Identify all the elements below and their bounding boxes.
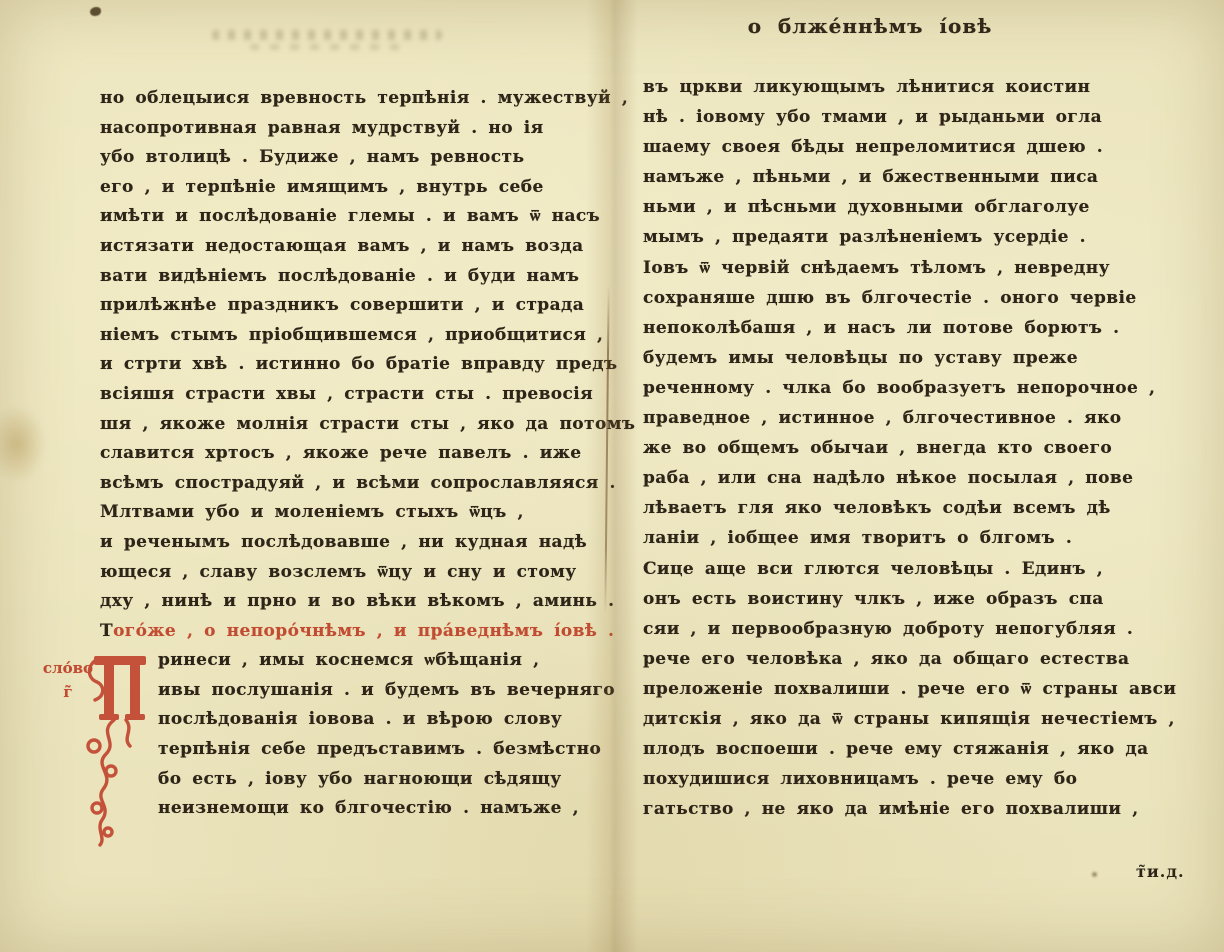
text-line: прилѣжнѣе праздникъ совершити , и страда <box>100 291 605 321</box>
text-line: шаему своея бѣды непреломитися дшею . <box>643 132 1170 162</box>
text-line: будемъ имы человѣцы по уставу преже <box>643 343 1170 373</box>
text-line: и стрти хвѣ . истинно бо братіе вправду … <box>100 350 605 380</box>
text-line: раба , или сна надѣло нѣкое посылая , по… <box>643 463 1170 493</box>
text-line: намъже , пѣньми , и бжественными писа <box>643 162 1170 192</box>
margin-note: сло́во г̃ <box>40 656 96 704</box>
catchword: т̃и.д. <box>1136 862 1185 881</box>
text-line: въ цркви ликующымъ лѣнитися коистин <box>643 72 1170 102</box>
text-line: славится хртосъ , якоже рече павелъ . иж… <box>100 439 605 469</box>
text-line: ніемъ стымъ пріобщившемся , приобщитися … <box>100 321 605 351</box>
text-line: праведное , истинное , блгочестивное . я… <box>643 403 1170 433</box>
text-line: Сице аще вси глются человѣцы . Единъ , <box>643 554 1170 584</box>
text-line: истязати недостающая вамъ , и намъ возда <box>100 232 605 262</box>
text-line: убо втолицѣ . Будиже , намъ ревность <box>100 143 605 173</box>
text-line: насопротивная равная мудрствуй . но ія <box>100 114 605 144</box>
margin-note-word: сло́во <box>40 656 96 680</box>
text-line: лѣваетъ гля яко человѣкъ содѣи всемъ дѣ <box>643 493 1170 523</box>
text-line: непоколѣбашя , и насъ ли потове борютъ . <box>643 313 1170 343</box>
rubric-heading-initial: Т <box>100 621 113 641</box>
text-line: преложеніе похвалиши . рече его ѿ страны… <box>643 674 1170 704</box>
page-gutter <box>586 0 638 952</box>
running-header: о блже́ннѣмъ і́овѣ <box>600 14 1140 38</box>
rubric-heading: Того́же , о непоро́чнѣмъ , и пра́веднѣмъ… <box>100 617 605 647</box>
text-line: и реченымъ послѣдовавше , ни кудная надѣ <box>100 528 605 558</box>
text-line: послѣдованія іовова . и вѣрою слову <box>158 705 605 735</box>
text-line: мымъ , предаяти разлѣненіемъ усердіе . <box>643 222 1170 252</box>
rubric-heading-text: ого́же , о непоро́чнѣмъ , и пра́веднѣмъ … <box>113 621 614 641</box>
text-line: но облецыися вревность терпѣнія . мужест… <box>100 84 605 114</box>
text-line: сохраняше дшю въ блгочестіе . оного черв… <box>643 283 1170 313</box>
text-line: сяи , и первообразную доброту непогубляя… <box>643 614 1170 644</box>
text-line: нѣ . іовому убо тмами , и рыданьми огла <box>643 102 1170 132</box>
paper-stain <box>0 405 46 483</box>
text-line: ющеся , славу возслемъ ѿцу и сну и стому <box>100 558 605 588</box>
text-line: Іовъ ѿ червій снѣдаемъ тѣломъ , невредну <box>643 253 1170 283</box>
text-line: неизнемощи ко блгочестію . намъже , <box>158 794 605 824</box>
left-page-text-column: но облецыися вревность терпѣнія . мужест… <box>100 84 605 824</box>
text-line: же во общемъ обычаи , внегда кто своего <box>643 433 1170 463</box>
text-line: вати видѣніемъ послѣдованіе . и буди нам… <box>100 262 605 292</box>
text-line: его , и терпѣніе имящимъ , внутрь себе <box>100 173 605 203</box>
text-line: Млтвами убо и моленіемъ стыхъ ѿцъ , <box>100 498 605 528</box>
text-line: похудишися лиховницамъ . рече ему бо <box>643 764 1170 794</box>
text-line: ивы послушанія . и будемъ въ вечерняго <box>158 676 605 706</box>
ink-show-through-mark <box>212 30 442 40</box>
text-line: ланіи , іобщее имя творитъ о блгомъ . <box>643 523 1170 553</box>
margin-note-number: г̃ <box>40 680 96 704</box>
paper-speck <box>90 7 101 16</box>
text-line: рече его человѣка , яко да общаго естест… <box>643 644 1170 674</box>
book-spread-scan: о блже́ннѣмъ і́овѣ но облецыися вревност… <box>0 0 1224 952</box>
text-line: дху , нинѣ и прно и во вѣки вѣкомъ , ами… <box>100 587 605 617</box>
text-line: гатьство , не яко да имѣніе его похвалиш… <box>643 794 1170 824</box>
text-line: всѣмъ спострадуяй , и всѣми сопрославляя… <box>100 469 605 499</box>
text-line: дитскія , яко да ѿ страны кипящія нечест… <box>643 704 1170 734</box>
ink-show-through-mark <box>250 44 400 50</box>
text-line: плодъ воспоеши . рече ему стяжанія , яко… <box>643 734 1170 764</box>
text-line: шя , якоже молнія страсти сты , яко да п… <box>100 410 605 440</box>
text-line: имѣти и послѣдованіе глемы . и вамъ ѿ на… <box>100 202 605 232</box>
text-line: бо есть , іову убо нагноющи сѣдящу <box>158 765 605 795</box>
text-line: ньми , и пѣсньми духовными обглаголуе <box>643 192 1170 222</box>
text-line: всіяшя страсти хвы , страсти сты . прево… <box>100 380 605 410</box>
text-line: терпѣнія себе предъставимъ . безмѣстно <box>158 735 605 765</box>
text-line: реченному . члка бо вообразуетъ непорочн… <box>643 373 1170 403</box>
text-line: онъ есть воистину члкъ , иже образъ спа <box>643 584 1170 614</box>
paper-speck <box>1092 872 1097 877</box>
right-page-text-column: въ цркви ликующымъ лѣнитися коистин нѣ .… <box>643 72 1170 824</box>
text-line: ринеси , имы коснемся ѡбѣщанія , <box>158 646 605 676</box>
